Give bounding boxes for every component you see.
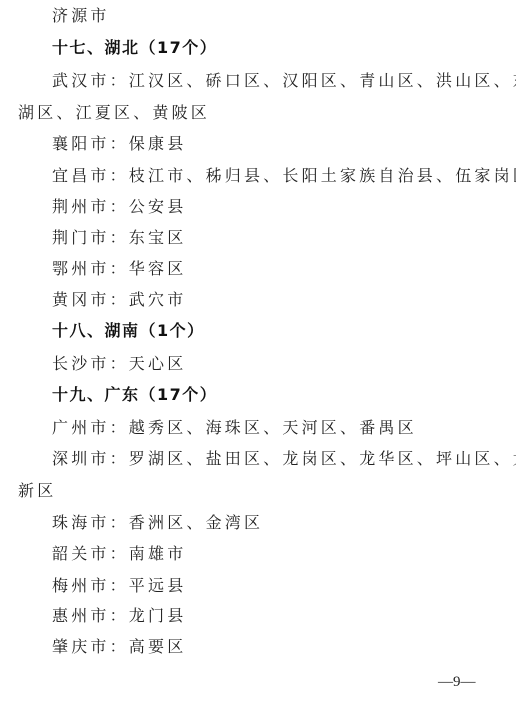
list-item-wuhan: 武汉市：江汉区、硚口区、汉阳区、青山区、洪山区、东西 [52,71,516,91]
document-page: 济源市 十七、湖北（17个） 武汉市：江汉区、硚口区、汉阳区、青山区、洪山区、东… [0,0,516,702]
list-item-changsha: 长沙市：天心区 [52,354,186,374]
list-item-huanggang: 黄冈市：武穴市 [52,290,186,310]
list-item-jiyuan: 济源市 [52,6,110,26]
section-heading-hunan: 十八、湖南（1个） [52,321,205,341]
page-number: —9— [438,674,476,691]
list-item-shenzhen-continued: 新区 [18,481,56,501]
section-heading-hubei: 十七、湖北（17个） [52,38,217,58]
list-item-ezhou: 鄂州市：华容区 [52,259,186,279]
list-item-jingmen: 荆门市：东宝区 [52,228,186,248]
list-item-guangzhou: 广州市：越秀区、海珠区、天河区、番禺区 [52,418,417,438]
list-item-zhaoqing: 肇庆市：高要区 [52,637,186,657]
list-item-xiangyang: 襄阳市：保康县 [52,134,186,154]
list-item-huizhou: 惠州市：龙门县 [52,606,186,626]
list-item-wuhan-continued: 湖区、江夏区、黄陂区 [18,103,210,123]
list-item-shenzhen: 深圳市：罗湖区、盐田区、龙岗区、龙华区、坪山区、大鹏 [52,449,516,469]
list-item-zhuhai: 珠海市：香洲区、金湾区 [52,513,263,533]
list-item-shaoguan: 韶关市：南雄市 [52,544,186,564]
list-item-jingzhou: 荆州市：公安县 [52,197,186,217]
list-item-yichang: 宜昌市：枝江市、秭归县、长阳土家族自治县、伍家岗区 [52,166,516,186]
section-heading-guangdong: 十九、广东（17个） [52,385,217,405]
list-item-meizhou: 梅州市：平远县 [52,576,186,596]
